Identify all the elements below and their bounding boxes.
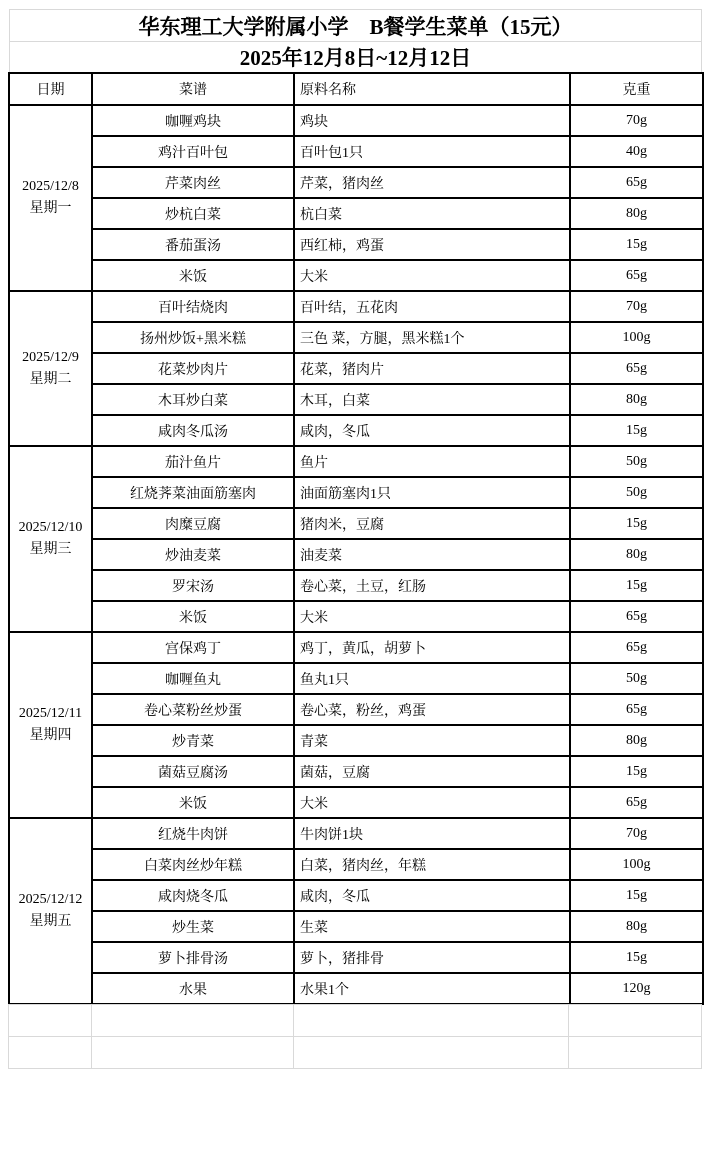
weight-cell: 15g [570,756,703,787]
ingredients-cell: 大米 [294,260,570,291]
weight-cell: 15g [570,508,703,539]
weight-cell: 100g [570,322,703,353]
table-row: 萝卜排骨汤萝卜，猪排骨15g [9,942,703,973]
ingredients-cell: 青菜 [294,725,570,756]
ingredients-cell: 油面筋塞肉1只 [294,477,570,508]
header-ingredients: 原料名称 [294,73,570,105]
dish-cell: 番茄蛋汤 [92,229,294,260]
ingredients-cell: 咸肉，冬瓜 [294,880,570,911]
weight-cell: 50g [570,446,703,477]
dish-cell: 菌菇豆腐汤 [92,756,294,787]
date-cell: 2025/12/8星期一 [9,105,92,291]
dish-cell: 水果 [92,973,294,1004]
dish-cell: 扬州炒饭+黑米糕 [92,322,294,353]
table-row: 2025/12/8星期一咖喱鸡块鸡块70g [9,105,703,136]
ingredients-cell: 水果1个 [294,973,570,1004]
table-row: 咸肉冬瓜汤咸肉，冬瓜15g [9,415,703,446]
table-row: 菌菇豆腐汤菌菇，豆腐15g [9,756,703,787]
weight-cell: 80g [570,539,703,570]
ingredients-cell: 芹菜，猪肉丝 [294,167,570,198]
weight-cell: 65g [570,787,703,818]
dish-cell: 花菜炒肉片 [92,353,294,384]
dish-cell: 茄汁鱼片 [92,446,294,477]
table-row: 米饭大米65g [9,260,703,291]
weekday-value: 星期一 [10,198,91,220]
dish-cell: 卷心菜粉丝炒蛋 [92,694,294,725]
weight-cell: 65g [570,353,703,384]
ingredients-cell: 油麦菜 [294,539,570,570]
header-row: 日期 菜谱 原料名称 克重 [9,73,703,105]
date-value: 2025/12/9 [10,347,91,369]
dish-cell: 炒杭白菜 [92,198,294,229]
weekday-value: 星期四 [10,725,91,747]
date-cell: 2025/12/12星期五 [9,818,92,1004]
ingredients-cell: 西红柿，鸡蛋 [294,229,570,260]
empty-cell [293,1005,569,1037]
empty-cell [569,1037,702,1069]
date-range-subtitle: 2025年12月8日~12月12日 [10,42,701,72]
ingredients-cell: 鸡块 [294,105,570,136]
dish-cell: 木耳炒白菜 [92,384,294,415]
date-cell: 2025/12/11星期四 [9,632,92,818]
ingredients-cell: 猪肉米，豆腐 [294,508,570,539]
weight-cell: 65g [570,694,703,725]
dish-cell: 萝卜排骨汤 [92,942,294,973]
weight-cell: 120g [570,973,703,1004]
weight-cell: 50g [570,663,703,694]
weight-cell: 15g [570,942,703,973]
date-value: 2025/12/8 [10,176,91,198]
ingredients-cell: 生菜 [294,911,570,942]
weight-cell: 50g [570,477,703,508]
empty-spreadsheet-rows [8,1004,702,1069]
ingredients-cell: 卷心菜，土豆，红肠 [294,570,570,601]
weight-cell: 80g [570,725,703,756]
table-row: 卷心菜粉丝炒蛋卷心菜，粉丝，鸡蛋65g [9,694,703,725]
weekday-value: 星期五 [10,911,91,933]
ingredients-cell: 杭白菜 [294,198,570,229]
table-row: 白菜肉丝炒年糕白菜，猪肉丝，年糕100g [9,849,703,880]
weight-cell: 70g [570,291,703,322]
ingredients-cell: 白菜，猪肉丝，年糕 [294,849,570,880]
ingredients-cell: 百叶结，五花肉 [294,291,570,322]
table-row: 炒油麦菜油麦菜80g [9,539,703,570]
weekday-value: 星期二 [10,369,91,391]
ingredients-cell: 大米 [294,601,570,632]
table-row: 米饭大米65g [9,787,703,818]
dish-cell: 咖喱鱼丸 [92,663,294,694]
dish-cell: 炒青菜 [92,725,294,756]
table-row: 米饭大米65g [9,601,703,632]
header-weight: 克重 [570,73,703,105]
table-row: 芹菜肉丝芹菜，猪肉丝65g [9,167,703,198]
weight-cell: 100g [570,849,703,880]
weight-cell: 65g [570,601,703,632]
empty-row [9,1037,702,1069]
ingredients-cell: 花菜，猪肉片 [294,353,570,384]
weight-cell: 80g [570,911,703,942]
dish-cell: 咸肉烧冬瓜 [92,880,294,911]
title-block: 华东理工大学附属小学 B餐学生菜单（15元） 2025年12月8日~12月12日 [9,9,702,72]
dish-cell: 咸肉冬瓜汤 [92,415,294,446]
dish-cell: 鸡汁百叶包 [92,136,294,167]
table-row: 花菜炒肉片花菜，猪肉片65g [9,353,703,384]
ingredients-cell: 三色 菜，方腿，黑米糕1个 [294,322,570,353]
dish-cell: 红烧牛肉饼 [92,818,294,849]
table-row: 炒生菜生菜80g [9,911,703,942]
weight-cell: 15g [570,229,703,260]
ingredients-cell: 百叶包1只 [294,136,570,167]
empty-cell [91,1037,293,1069]
table-row: 红烧荠菜油面筋塞肉油面筋塞肉1只50g [9,477,703,508]
dish-cell: 米饭 [92,787,294,818]
ingredients-cell: 菌菇，豆腐 [294,756,570,787]
ingredients-cell: 鸡丁，黄瓜，胡萝卜 [294,632,570,663]
date-value: 2025/12/10 [10,517,91,539]
weight-cell: 40g [570,136,703,167]
date-value: 2025/12/12 [10,889,91,911]
ingredients-cell: 大米 [294,787,570,818]
date-cell: 2025/12/9星期二 [9,291,92,446]
header-date: 日期 [9,73,92,105]
weight-cell: 70g [570,105,703,136]
table-row: 扬州炒饭+黑米糕三色 菜，方腿，黑米糕1个100g [9,322,703,353]
weight-cell: 65g [570,167,703,198]
ingredients-cell: 咸肉，冬瓜 [294,415,570,446]
ingredients-cell: 卷心菜，粉丝，鸡蛋 [294,694,570,725]
dish-cell: 炒油麦菜 [92,539,294,570]
ingredients-cell: 萝卜，猪排骨 [294,942,570,973]
empty-row [9,1005,702,1037]
empty-cell [9,1037,92,1069]
weight-cell: 70g [570,818,703,849]
table-row: 罗宋汤卷心菜，土豆，红肠15g [9,570,703,601]
weight-cell: 15g [570,880,703,911]
weight-cell: 65g [570,260,703,291]
table-row: 2025/12/9星期二百叶结烧肉百叶结，五花肉70g [9,291,703,322]
dish-cell: 芹菜肉丝 [92,167,294,198]
dish-cell: 百叶结烧肉 [92,291,294,322]
table-row: 2025/12/10星期三茄汁鱼片鱼片50g [9,446,703,477]
dish-cell: 咖喱鸡块 [92,105,294,136]
dish-cell: 罗宋汤 [92,570,294,601]
menu-table: 日期 菜谱 原料名称 克重 2025/12/8星期一咖喱鸡块鸡块70g鸡汁百叶包… [8,72,704,1005]
empty-cell [569,1005,702,1037]
table-row: 炒杭白菜杭白菜80g [9,198,703,229]
table-row: 炒青菜青菜80g [9,725,703,756]
table-row: 咖喱鱼丸鱼丸1只50g [9,663,703,694]
empty-cell [91,1005,293,1037]
weight-cell: 15g [570,570,703,601]
table-row: 2025/12/12星期五红烧牛肉饼牛肉饼1块70g [9,818,703,849]
dish-cell: 炒生菜 [92,911,294,942]
empty-cell [9,1005,92,1037]
dish-cell: 红烧荠菜油面筋塞肉 [92,477,294,508]
weight-cell: 80g [570,384,703,415]
table-row: 水果水果1个120g [9,973,703,1004]
weight-cell: 15g [570,415,703,446]
dish-cell: 白菜肉丝炒年糕 [92,849,294,880]
date-cell: 2025/12/10星期三 [9,446,92,632]
table-row: 肉糜豆腐猪肉米，豆腐15g [9,508,703,539]
page-title: 华东理工大学附属小学 B餐学生菜单（15元） [10,10,701,42]
ingredients-cell: 鱼片 [294,446,570,477]
menu-sheet: 华东理工大学附属小学 B餐学生菜单（15元） 2025年12月8日~12月12日… [0,0,710,1149]
dish-cell: 米饭 [92,601,294,632]
header-dish: 菜谱 [92,73,294,105]
ingredients-cell: 木耳，白菜 [294,384,570,415]
table-row: 2025/12/11星期四宫保鸡丁鸡丁，黄瓜，胡萝卜65g [9,632,703,663]
dish-cell: 米饭 [92,260,294,291]
dish-cell: 肉糜豆腐 [92,508,294,539]
table-row: 咸肉烧冬瓜咸肉，冬瓜15g [9,880,703,911]
dish-cell: 宫保鸡丁 [92,632,294,663]
ingredients-cell: 鱼丸1只 [294,663,570,694]
weight-cell: 80g [570,198,703,229]
table-row: 番茄蛋汤西红柿，鸡蛋15g [9,229,703,260]
empty-cell [293,1037,569,1069]
table-row: 鸡汁百叶包百叶包1只40g [9,136,703,167]
ingredients-cell: 牛肉饼1块 [294,818,570,849]
table-row: 木耳炒白菜木耳，白菜80g [9,384,703,415]
date-value: 2025/12/11 [10,703,91,725]
weight-cell: 65g [570,632,703,663]
weekday-value: 星期三 [10,539,91,561]
